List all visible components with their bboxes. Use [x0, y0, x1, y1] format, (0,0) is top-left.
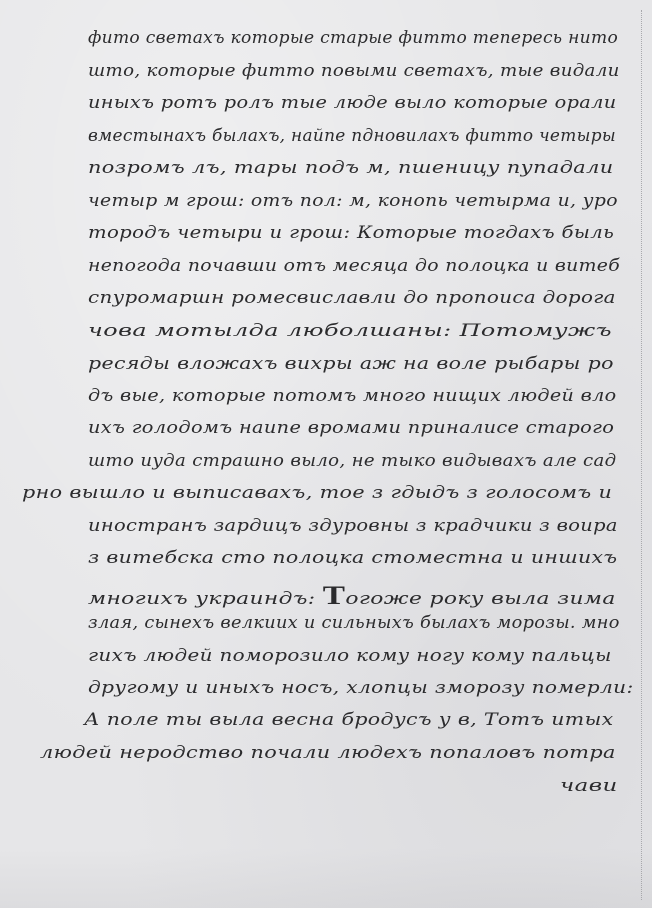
manuscript-line: дъ вые, которые потомъ много нищих людей…	[88, 386, 616, 406]
manuscript-line: тородъ четыри и грош: Которые тогдахъ бы…	[88, 223, 614, 243]
manuscript-line: непогода почавши отъ месяца до полоцка и…	[88, 256, 620, 276]
page-edge	[641, 10, 642, 900]
manuscript-line: што иуда страшно выло, не тыко видывахъ …	[88, 451, 616, 471]
manuscript-line: спуромаршн ромесвиславли до пропоиса дор…	[88, 288, 616, 308]
manuscript-line: фито светахъ которые старые фитто тепере…	[88, 28, 618, 48]
manuscript-line: позромъ лъ, тары подъ м, пшеницу пупадал…	[88, 158, 614, 178]
manuscript-line: злая, сынехъ велкиих и сильныхъ былахъ м…	[88, 613, 620, 633]
manuscript-line: гихъ людей поморозило кому ногу кому пал…	[88, 646, 612, 666]
manuscript-line: ресяды вложахъ вихры аж на воле рыбары р…	[88, 354, 614, 374]
manuscript-line: чова мотылда люболшаны: Потомужъ	[88, 321, 612, 341]
initial-letter: Т	[323, 581, 346, 610]
manuscript-line: иныхъ ротъ ролъ тые люде выло которые ор…	[88, 93, 617, 113]
manuscript-line: з витебска сто полоцка стоместна и инших…	[88, 548, 617, 568]
manuscript-line: вместынахъ былахъ, найпе пдновилахъ фитт…	[88, 126, 616, 146]
manuscript-line: што, которые фитто повыми светахъ, тые в…	[88, 61, 620, 81]
show-through-shadow	[0, 848, 652, 908]
manuscript-page: фито светахъ которые старые фитто тепере…	[0, 0, 652, 908]
manuscript-line: людей неродство почали людехъ попаловъ п…	[40, 743, 616, 763]
manuscript-line: другому и иныхъ носъ, хлопцы зморозу пом…	[88, 678, 634, 698]
manuscript-line: иностранъ зардицъ здуровны з крадчики з …	[88, 516, 618, 536]
manuscript-line: ихъ голодомъ наипе вромами приналисе ста…	[88, 418, 614, 438]
manuscript-line: А поле ты выла весна бродусъ у в, Тотъ и…	[84, 710, 614, 730]
manuscript-line: многихъ украиндъ: Тогоже року выла зима	[88, 581, 616, 611]
manuscript-line: четыр м грош: отъ пол: м, конопь четырма…	[88, 191, 618, 211]
manuscript-line: рно вышло и выписавахъ, тое з гдыдъ з го…	[22, 483, 612, 503]
manuscript-line: чави	[560, 776, 618, 796]
